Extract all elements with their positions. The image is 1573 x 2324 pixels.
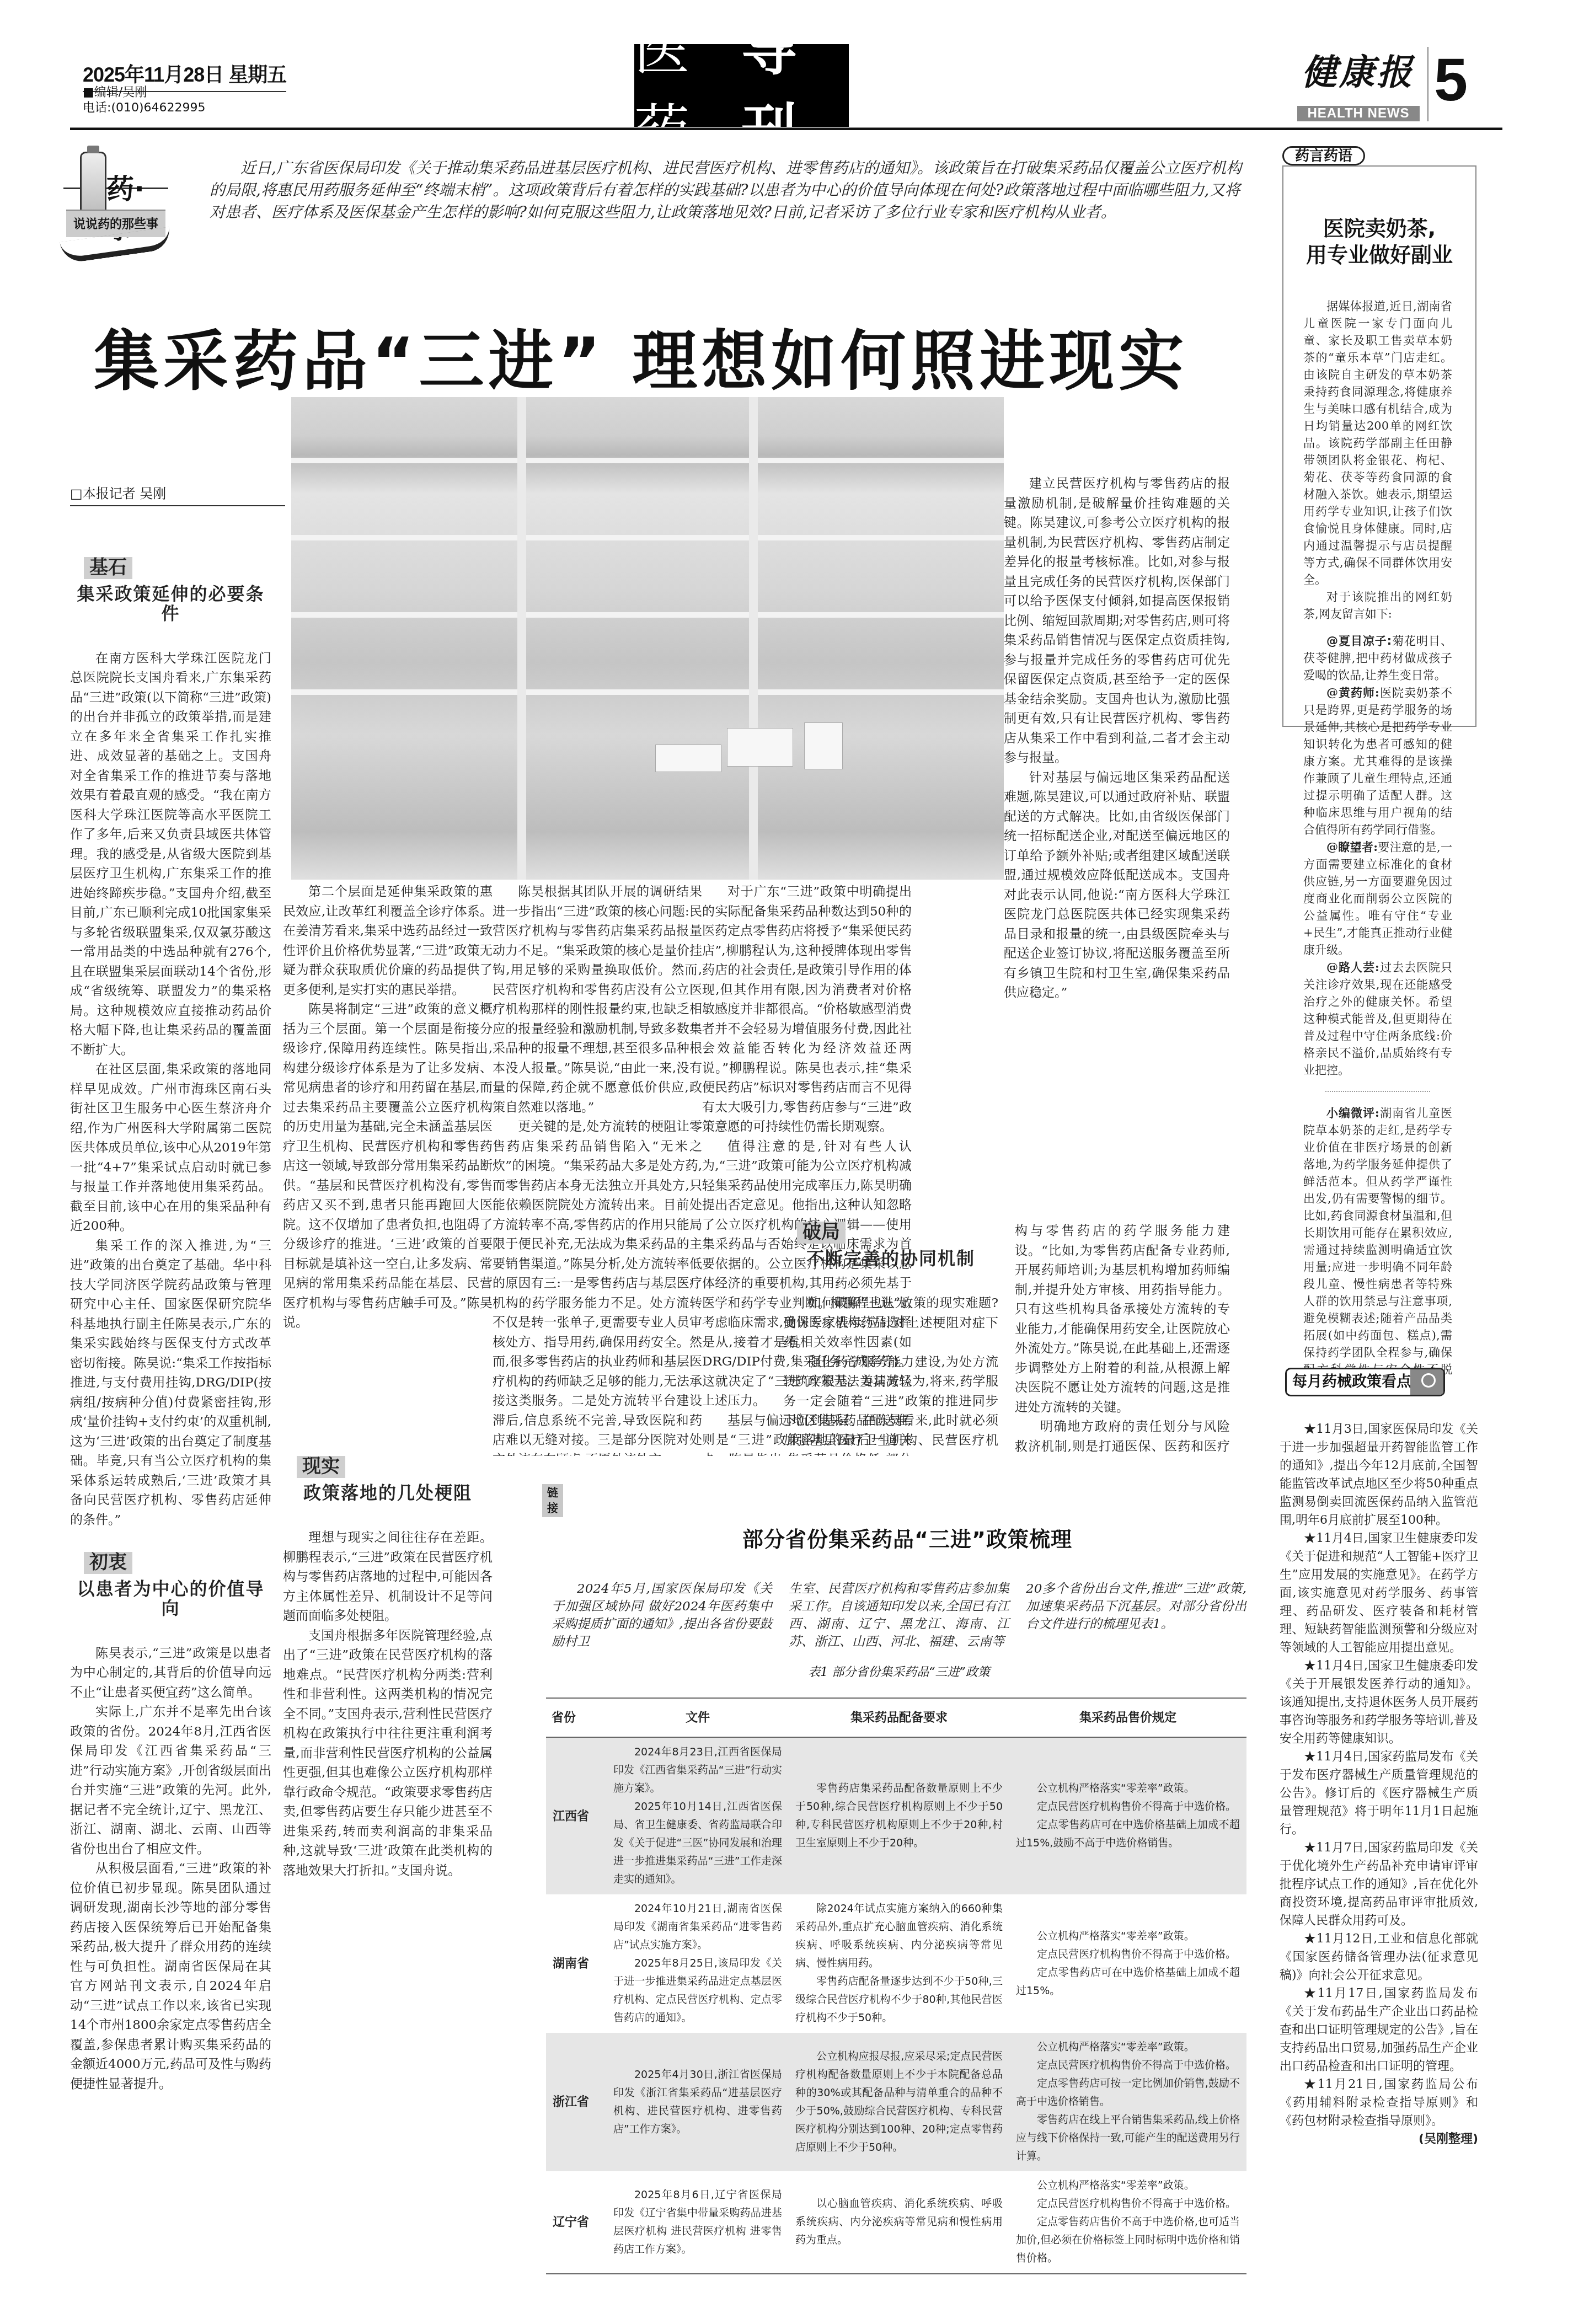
paragraph: 陈昊表示,“三进”政策是以患者为中心制定的,其背后的价值导向远不止“让患者买便宜… — [70, 1644, 271, 1703]
section-title-foundation: 集采政策延伸的必要条件 — [70, 585, 271, 624]
cell-line: 2025年4月30日,浙江省医保局印发《浙江省集采药品“进基层医疗机构、进民营医… — [613, 2066, 782, 2139]
column-title-part-b: 导刊 — [742, 6, 849, 165]
policy-digest-badge: 每月药械政策看点 — [1285, 1368, 1445, 1396]
cell-line: 除2024年试点实施方案纳入的660种集采药品外,重点扩充心脑血管疾病、消化系统… — [795, 1900, 1003, 1973]
cell-province: 浙江省 — [546, 2033, 607, 2171]
policy-item: ★11月21日,国家药监局公布《药用辅料附录检查指导原则》和《药包材附录检查指导… — [1280, 2075, 1478, 2130]
cell-line: 定点民营医疗机构售价不得高于中选价格。 — [1016, 2195, 1240, 2213]
policy-item: ★11月12日,工业和信息化部就《国家医药储备管理办法(征求意见稿)》向社会公开… — [1280, 1930, 1478, 1984]
header-requirement: 集采药品配备要求 — [789, 1698, 1009, 1737]
cell-line: 定点零售药店可在中选价格基础上加成不超过15%。 — [1016, 1964, 1240, 2000]
cell-line: 2025年8月25日,该局印发《关于进一步推进集采药品进定点基层医疗机构、定点民… — [613, 1954, 782, 2027]
opinion-sidebar-title: 医院卖奶茶, 用专业做好副业 — [1282, 215, 1476, 268]
cell-pricing: 公立机构严格落实“零差率”政策。定点民营医疗机构售价不得高于中选价格。定点零售药… — [1009, 1894, 1246, 2033]
paragraph: 支国舟根据多年医院管理经验,点出了“三进”政策在民营医疗机构的落地难点。“民营医… — [283, 1626, 493, 1881]
policy-item: ★11月4日,国家卫生健康委印发《关于开展银发医养行动的通知》。该通知提出,支持… — [1280, 1657, 1478, 1748]
cell-document: 2024年8月23日,江西省医保局印发《江西省集采药品“三进”行动实施方案》。2… — [607, 1737, 789, 1894]
comment-user: @路人芸: — [1326, 960, 1379, 974]
paragraph: 如何破解“三进”政策的现实难题?受访专家表示,应针对上述梗阻对症下药。 — [783, 1294, 998, 1353]
comment-user: @瞭望者: — [1326, 840, 1378, 854]
editor-note: 小编微评:湖南省儿童医院草本奶茶的走红,是药学专业价值在非医疗场景的创新落地,为… — [1303, 1104, 1452, 1395]
paragraph: 第二个层面是延伸集采政策的惠民效应,让改革红利覆盖全诊疗体系。在姜清芳看来,集采… — [283, 882, 493, 1000]
cell-line: 2025年10月14日,江西省医保局、省卫生健康委、省药监局联合印发《关于促进“… — [613, 1798, 782, 1889]
policy-item: ★11月4日,国家药监局发布《关于发布医疗器械生产质量管理规范的公告》。修订后的… — [1280, 1748, 1478, 1839]
cell-requirement: 以心脑血管疾病、消化系统疾病、呼吸系统疾病、内分泌疾病等常见病和慢性病用药为重点… — [789, 2171, 1009, 2274]
cell-line: 定点民营医疗机构售价不得高于中选价格。 — [1016, 1798, 1240, 1816]
editor-note-text: 湖南省儿童医院草本奶茶的走红,是药学专业价值在非医疗场景的创新落地,为药学服务延… — [1303, 1106, 1452, 1393]
reader-comment: @路人芸:过去去医院只关注诊疗效果,现在还能感受治疗之外的健康关怀。希望这种模式… — [1303, 958, 1452, 1079]
comment-text: 要注意的是,一方面需要建立标准化的食材供应链,另一方面要避免因过度商业化而削弱公… — [1303, 840, 1452, 956]
paragraph: 集采工作的深入推进,为“三进”政策的出台奠定了基础。华中科技大学同济医学院药品政… — [70, 1236, 271, 1530]
editor-phone: 电话:(010)64622995 — [83, 98, 206, 115]
cell-province: 江西省 — [546, 1737, 607, 1894]
section-badge: 药·事 说说药的那些事 — [63, 152, 168, 262]
reader-comment: @黄药师:医院卖奶茶不只是跨界,更是药学服务的场景延伸,其核心是把药学专业知识转… — [1303, 684, 1452, 838]
article-byline: □本报记者 吴刚 — [70, 483, 285, 506]
article-column-1: 基石 集采政策延伸的必要条件 在南方医科大学珠江医院龙门总医院院长支国舟看来,广… — [70, 557, 271, 2094]
compiler-signature: (吴刚整理) — [1280, 2130, 1478, 2148]
cell-line: 公立机构严格落实“零差率”政策。 — [1016, 2038, 1240, 2057]
table-caption: 表1 部分省份集采药品“三进”政策 — [541, 1663, 1258, 1680]
cell-document: 2024年10月21日,湖南省医保局印发《湖南省集采药品“进零售药店”试点实施方… — [607, 1894, 789, 2033]
dotted-divider — [1325, 1091, 1430, 1092]
table-row: 辽宁省 2025年8月6日,辽宁省医保局印发《辽宁省集中带量采购药品进基层医疗机… — [546, 2171, 1246, 2274]
comment-text: 医院卖奶茶不只是跨界,更是药学服务的场景延伸,其核心是把药学专业知识转化为患者可… — [1303, 686, 1452, 836]
policy-item: ★11月4日,国家卫生健康委印发《关于促进和规范“人工智能+医疗卫生”应用发展的… — [1280, 1529, 1478, 1657]
masthead-divider — [1427, 47, 1428, 121]
policy-item: ★11月17日,国家药监局发布《关于发布药品生产企业出口药品检查和出口证明管理规… — [1280, 1984, 1478, 2075]
header-pricing: 集采药品售价规定 — [1009, 1698, 1246, 1737]
paragraph: 实际上,广东并不是率先出台该政策的省份。2024年8月,江西省医保局印发《江西省… — [70, 1702, 271, 1859]
paragraph: 据媒体报道,近日,湖南省儿童医院一家专门面向儿童、家长及职工售卖草本奶茶的“童乐… — [1303, 298, 1452, 588]
column-title-part-a: 医药 — [634, 6, 742, 165]
column-title-block: 医药导刊 — [634, 44, 849, 127]
comment-text: 过去去医院只关注诊疗效果,现在还能感受治疗之外的健康关怀。希望这种模式能普及,但… — [1303, 961, 1452, 1077]
comment-user: @黄药师: — [1326, 686, 1379, 699]
paragraph: 针对基层与偏远地区集采药品配送难题,陈昊建议,可以通过政府补贴、联盟配送的方式解… — [1004, 768, 1230, 1003]
cell-requirement: 除2024年试点实施方案纳入的660种集采药品外,重点扩充心脑血管疾病、消化系统… — [789, 1894, 1009, 2033]
cell-document: 2025年8月6日,辽宁省医保局印发《辽宁省集中带量采购药品进基层医疗机构 进民… — [607, 2171, 789, 2274]
cell-line: 2024年8月23日,江西省医保局印发《江西省集采药品“三进”行动实施方案》。 — [613, 1743, 782, 1798]
link-section-intro: 2024年5月,国家医保局印发《关于加强区域协同 做好2024年医药集中采购提质… — [552, 1580, 1246, 1651]
paragraph: 对于该院推出的网红奶茶,网友留言如下: — [1303, 588, 1452, 623]
paragraph: 陈昊根据其团队开展的调研结果进一步指出“三进”政策的核心问题:民营医疗机构与零售… — [493, 882, 702, 1117]
editor-credit: ■编辑/吴刚 — [83, 83, 147, 100]
table-row: 浙江省 2025年4月30日,浙江省医保局印发《浙江省集采药品“进基层医疗机构、… — [546, 2033, 1246, 2171]
masthead-rule — [70, 127, 1502, 130]
paper-name-english: HEALTH NEWS — [1297, 106, 1420, 121]
section-title-breakthrough: 不断完善的协同机制 — [783, 1249, 998, 1269]
link-section-title: 部分省份集采药品“三进”政策梳理 — [596, 1522, 1219, 1552]
paragraph: 理想与现实之间往往存在差距。柳鹏程表示,“三进”政策在民营医疗机构与零售药店落地… — [283, 1528, 493, 1626]
medicine-bottle-icon — [80, 152, 106, 218]
reader-comment: @夏目凉子:菊花明目、茯苓健脾,把中药材做成孩子爱喝的饮品,让养生变日常。 — [1303, 633, 1452, 684]
cell-line: 定点零售药店可按一定比例加价销售,鼓励不高于中选价格销售。 — [1016, 2075, 1240, 2111]
magnifier-pointer-icon — [1410, 1369, 1443, 1395]
policy-digest-title: 每月药械政策看点 — [1292, 1373, 1411, 1390]
section-tag-intent: 初衷 — [84, 1552, 132, 1574]
intro-col-3: 20多个省份出台文件,推进“三进”政策,加速集采药品下沉基层。对部分省份出台文件… — [1026, 1580, 1246, 1651]
cell-requirement: 公立机构应报尽报,应采尽采;定点民营医疗机构配备数量原则上不少于本院配备总品种的… — [789, 2033, 1009, 2171]
article-lede: 近日,广东省医保局印发《关于推动集采药品进基层医疗机构、进民营医疗机构、进零售药… — [210, 157, 1246, 223]
section-tag-foundation: 基石 — [84, 557, 132, 579]
opinion-sidebar-body: 据媒体报道,近日,湖南省儿童医院一家专门面向儿童、家长及职工售卖草本奶茶的“童乐… — [1303, 298, 1452, 1395]
policy-table: 省份 文件 集采药品配备要求 集采药品售价规定 江西省 2024年8月23日,江… — [546, 1698, 1246, 2274]
cell-line: 公立机构应报尽报,应采尽采;定点民营医疗机构配备数量原则上不少于本院配备总品种的… — [795, 2048, 1003, 2157]
cell-province: 辽宁省 — [546, 2171, 607, 2274]
cell-line: 公立机构严格落实“零差率”政策。 — [1016, 2177, 1240, 2195]
table-row: 江西省 2024年8月23日,江西省医保局印发《江西省集采药品“三进”行动实施方… — [546, 1737, 1246, 1894]
cell-pricing: 公立机构严格落实“零差率”政策。定点民营医疗机构售价不得高于中选价格。定点零售药… — [1009, 2033, 1246, 2171]
article-column-5: 建立民营医疗机构与零售药店的报量激励机制,是破解量价挂钩难题的关键。陈昊建议,可… — [1004, 474, 1230, 1191]
header-document: 文件 — [607, 1698, 789, 1737]
paragraph: 从积极层面看,“三进”政策的补位价值已初步显现。陈昊团队通过调研发现,湖南长沙等… — [70, 1859, 271, 2094]
header-province: 省份 — [546, 1698, 607, 1737]
paper-name-logo: 健康报 — [1302, 44, 1417, 95]
section-tag-reality: 现实 — [297, 1456, 345, 1478]
cell-line: 定点零售药店可在中选价格基础上加成不超过15%,鼓励不高于中选价格销售。 — [1016, 1816, 1240, 1852]
paragraph: 陈昊将制定“三进”政策的意义概括为三个层面。第一个层面是衔接分级诊疗,保障用药连… — [283, 1000, 493, 1333]
opinion-sidebar-badge: 药言药语 — [1282, 146, 1365, 165]
comment-user: @夏目凉子: — [1326, 634, 1392, 647]
article-column-breakthrough: 破局 不断完善的协同机制 如何破解“三进”政策的现实难题?受访专家表示,应针对上… — [783, 1222, 1230, 1459]
table-header-row: 省份 文件 集采药品配备要求 集采药品售价规定 — [546, 1698, 1246, 1737]
paragraph: 在南方医科大学珠江医院龙门总医院院长支国舟看来,广东集采药品“三进”政策(以下简… — [70, 649, 271, 1061]
article-column-3: 陈昊根据其团队开展的调研结果进一步指出“三进”政策的核心问题:民营医疗机构与零售… — [493, 882, 702, 1456]
page-number: 5 — [1434, 50, 1468, 110]
paragraph: 建立民营医疗机构与零售药店的报量激励机制,是破解量价挂钩难题的关键。陈昊建议,可… — [1004, 474, 1230, 768]
section-tag-breakthrough: 破局 — [797, 1222, 846, 1244]
table-row: 湖南省 2024年10月21日,湖南省医保局印发《湖南省集采药品“进零售药店”试… — [546, 1894, 1246, 2033]
section-title-reality: 政策落地的几处梗阻 — [283, 1484, 493, 1503]
editor-note-label: 小编微评: — [1326, 1106, 1379, 1120]
intro-col-2: 生室、民营医疗机构和零售药店参加集采工作。自该通知印发以来,全国已有江西、湖南、… — [789, 1580, 1009, 1651]
cell-line: 定点民营医疗机构售价不得高于中选价格。 — [1016, 1946, 1240, 1964]
cell-line: 零售药店在线上平台销售集采药品,线上价格应与线下价格保持一致,可能产生的配送费用… — [1016, 2111, 1240, 2166]
cell-line: 公立机构严格落实“零差率”政策。 — [1016, 1927, 1240, 1946]
cell-province: 湖南省 — [546, 1894, 607, 2033]
pharmacy-photo — [291, 397, 1004, 880]
paragraph: 在社区层面,集采政策的落地同样早见成效。广州市海珠区南石头街社区卫生服务中心医生… — [70, 1060, 271, 1236]
policy-item: ★11月7日,国家药监局印发《关于优化境外生产药品补充申请审评审批程序试点工作的… — [1280, 1839, 1478, 1930]
link-section-badge: 链接 — [542, 1484, 563, 1517]
opinion-title-line-2: 用专业做好副业 — [1282, 242, 1476, 268]
section-title-intent: 以患者为中心的价值导向 — [70, 1579, 271, 1619]
paragraph: 对于广东“三进”政策中明确提出的实际配备集采药品种数达到50种的医药定点零售药店… — [702, 882, 912, 1137]
cell-line: 2025年8月6日,辽宁省医保局印发《辽宁省集中带量采购药品进基层医疗机构 进民… — [613, 2186, 782, 2259]
paragraph: 更关键的是,处方流转的梗阻让零售药店集采药品销售陷入“无米之炊”的困境。“集采药… — [493, 1117, 702, 1456]
article-column-2b: 现实 政策落地的几处梗阻 理想与现实之间往往存在差距。柳鹏程表示,“三进”政策在… — [283, 1456, 493, 1881]
cell-line: 定点零售药店售价不高于中选价格,也可适当加价,但必须在价格标签上同时标明中选价格… — [1016, 2213, 1240, 2268]
cell-line: 零售药店集采药品配备数量原则上不少于50种,综合民营医疗机构原则上不少于50种,… — [795, 1780, 1003, 1852]
cell-requirement: 零售药店集采药品配备数量原则上不少于50种,综合民营医疗机构原则上不少于50种,… — [789, 1737, 1009, 1894]
reader-comment: @瞭望者:要注意的是,一方面需要建立标准化的食材供应链,另一方面要避免因过度商业… — [1303, 838, 1452, 958]
opinion-title-line-1: 医院卖奶茶, — [1282, 215, 1476, 242]
cell-line: 公立机构严格落实“零差率”政策。 — [1016, 1780, 1240, 1798]
cell-line: 定点民营医疗机构售价不得高于中选价格。 — [1016, 2057, 1240, 2075]
cell-line: 零售药店配备量逐步达到不少于50种,三级综合民营医疗机构不少于80种,其他民营医… — [795, 1973, 1003, 2027]
cell-document: 2025年4月30日,浙江省医保局印发《浙江省集采药品“进基层医疗机构、进民营医… — [607, 2033, 789, 2171]
article-column-2: 第二个层面是延伸集采政策的惠民效应,让改革红利覆盖全诊疗体系。在姜清芳看来,集采… — [283, 882, 493, 1434]
cell-line: 以心脑血管疾病、消化系统疾病、呼吸系统疾病、内分泌疾病等常见病和慢性病用药为重点… — [795, 2195, 1003, 2250]
policy-digest-list: ★11月3日,国家医保局印发《关于进一步加强超量开药智能监管工作的通知》,提出今… — [1280, 1420, 1478, 2148]
cell-pricing: 公立机构严格落实“零差率”政策。定点民营医疗机构售价不得高于中选价格。定点零售药… — [1009, 1737, 1246, 1894]
cell-pricing: 公立机构严格落实“零差率”政策。定点民营医疗机构售价不得高于中选价格。定点零售药… — [1009, 2171, 1246, 2274]
page-headline: 集采药品“三进” 理想如何照进现实 — [94, 309, 1188, 403]
cell-line: 2024年10月21日,湖南省医保局印发《湖南省集采药品“进零售药店”试点实施方… — [613, 1900, 782, 1954]
intro-col-1: 2024年5月,国家医保局印发《关于加强区域协同 做好2024年医药集中采购提质… — [552, 1580, 772, 1651]
policy-item: ★11月3日,国家医保局印发《关于进一步加强超量开药智能监管工作的通知》,提出今… — [1280, 1420, 1478, 1529]
